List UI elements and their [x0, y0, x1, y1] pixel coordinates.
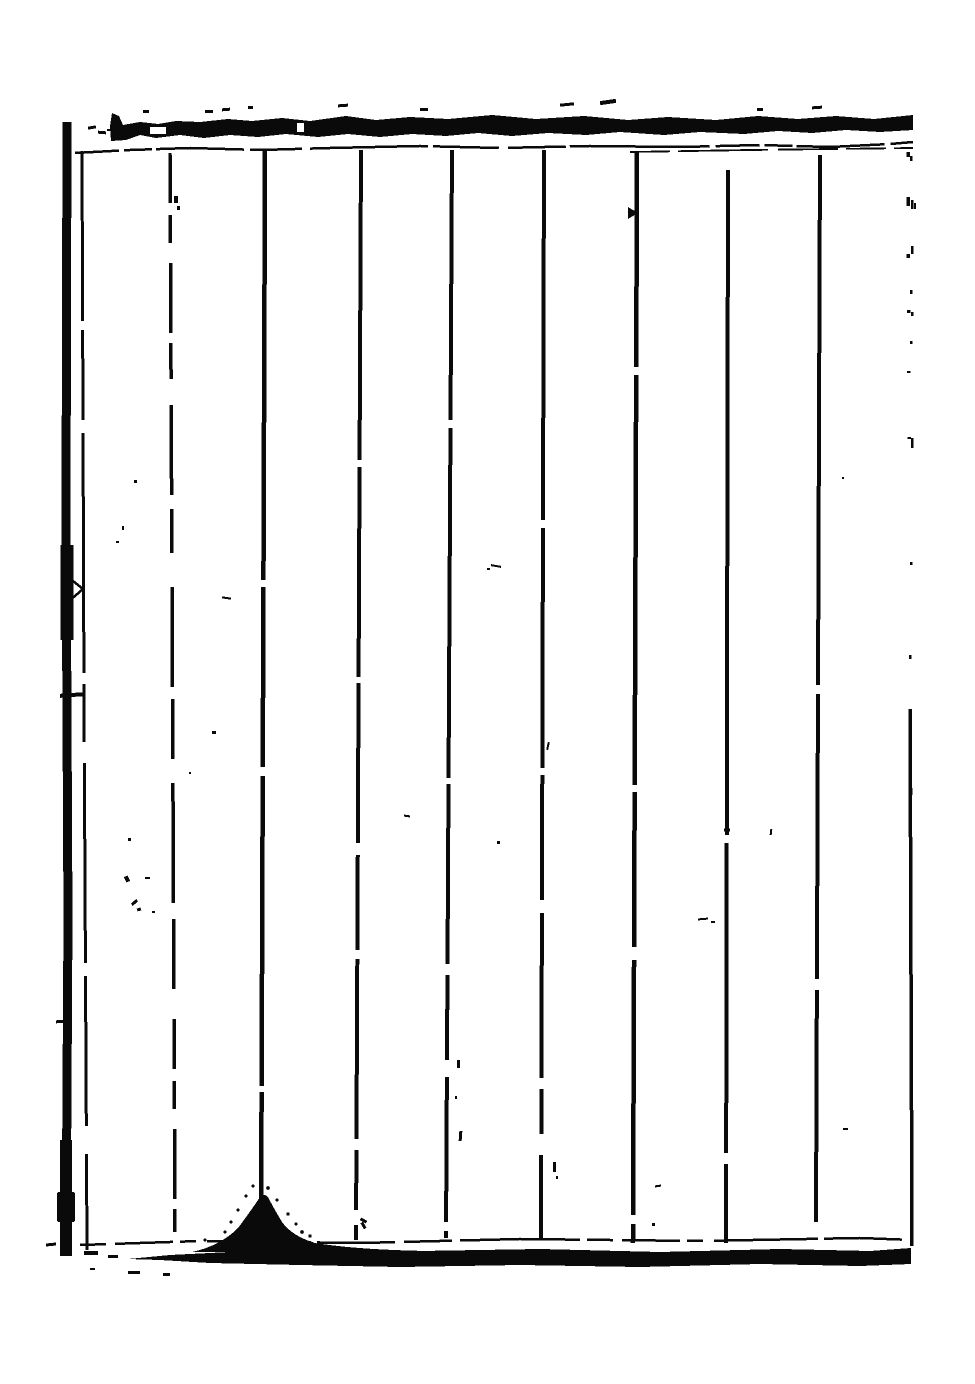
column-grid: [170, 150, 912, 1252]
ink-speck: [655, 1185, 661, 1188]
top-bar-gap: [150, 127, 166, 134]
column-rule-line: [541, 150, 544, 1243]
margin-tick-mark: [911, 438, 914, 448]
ink-speck: [145, 877, 150, 879]
ink-speck: [222, 596, 231, 599]
margin-tick-mark: [910, 562, 913, 565]
spray-dot: [224, 1231, 227, 1234]
ink-speck: [455, 1096, 457, 1099]
margin-tick-mark: [910, 290, 913, 294]
page-scan: [0, 0, 975, 1384]
column-rule-line: [261, 150, 265, 1252]
column-rule-line: [908, 152, 912, 1246]
ink-speck: [137, 908, 142, 912]
left-edge-blob: [57, 1192, 75, 1222]
margin-tick-mark: [909, 655, 912, 659]
ink-speck: [560, 102, 574, 106]
spray-dot: [294, 1222, 297, 1225]
ink-speck: [177, 206, 180, 210]
ink-speck: [128, 838, 131, 841]
ink-speck: [174, 196, 178, 203]
ink-speck: [553, 1162, 556, 1172]
ink-speck: [404, 815, 410, 818]
column-rule-line: [446, 150, 452, 1238]
margin-tick-mark: [910, 156, 913, 161]
spray-dot: [266, 1186, 270, 1190]
column-rule-line: [726, 170, 728, 1243]
margin-tick-mark: [911, 200, 914, 209]
ink-speck: [652, 1223, 655, 1226]
column-rule-line: [633, 152, 637, 1243]
ink-speck: [122, 526, 124, 530]
ink-speck: [84, 1251, 98, 1255]
ink-speck: [116, 541, 119, 543]
ink-speck: [546, 742, 550, 750]
ink-speck: [497, 841, 500, 844]
scanned-book-page: [0, 0, 975, 1384]
ink-speck: [600, 99, 616, 105]
ink-speck: [131, 899, 138, 906]
ink-speck: [90, 1268, 95, 1270]
ink-speck: [843, 1128, 848, 1130]
spray-dot: [236, 1208, 239, 1211]
column-rule-line: [356, 150, 361, 1240]
top-bar-gap: [297, 123, 304, 132]
ink-speck: [812, 106, 822, 110]
top-rule-line: [75, 142, 913, 153]
ink-speck: [491, 564, 501, 568]
ink-speck: [46, 1242, 56, 1246]
ink-speck: [205, 110, 213, 113]
ink-speck: [842, 477, 844, 479]
ink-speck: [124, 875, 130, 882]
top-border-bar: [110, 113, 913, 141]
spray-dot: [286, 1212, 289, 1215]
ink-speck: [107, 129, 111, 131]
margin-tick-mark: [914, 203, 916, 209]
margin-tick-mark: [911, 246, 914, 254]
margin-tick-mark: [910, 341, 913, 344]
ink-speck: [711, 921, 715, 923]
spray-dot: [230, 1221, 233, 1224]
spray-dot: [245, 1195, 248, 1198]
margin-tick-mark: [911, 312, 914, 316]
ink-speck: [459, 1131, 463, 1141]
ink-speck: [248, 106, 253, 109]
ink-speck: [338, 104, 348, 108]
top-rule-line-echo: [630, 148, 913, 152]
ink-speck: [556, 1176, 558, 1179]
spray-dot: [204, 1239, 207, 1242]
spray-dot: [251, 1184, 254, 1187]
margin-tick-mark: [910, 788, 913, 795]
ink-speck: [189, 772, 191, 774]
ink-speck: [757, 108, 763, 111]
column-rule-line: [816, 155, 820, 1222]
left-inner-rule: [82, 151, 87, 1250]
spray-dot: [275, 1198, 278, 1201]
ink-speck: [487, 568, 490, 570]
ink-speck: [98, 131, 106, 135]
ink-speck: [128, 1271, 140, 1274]
ink-speck: [143, 110, 149, 113]
ink-speck: [770, 829, 773, 835]
ink-speck: [134, 480, 137, 483]
ink-speck: [163, 1273, 170, 1276]
ink-blob: [192, 1195, 430, 1252]
right-margin-ticks: [909, 156, 916, 795]
ink-speck: [457, 1060, 460, 1068]
ink-speck: [152, 911, 155, 913]
spray-dot: [308, 1234, 311, 1237]
page-frame: [57, 113, 913, 1267]
ink-speck: [56, 1020, 68, 1024]
ink-speck: [88, 125, 96, 129]
spray-dot: [260, 1180, 263, 1183]
spray-dot: [300, 1230, 304, 1234]
ink-speck: [108, 1255, 118, 1258]
ink-speck: [420, 108, 428, 111]
left-border-rule: [66, 122, 68, 1256]
ink-speck: [698, 918, 708, 921]
column-rule-line: [170, 153, 175, 1232]
ink-speck: [212, 731, 216, 734]
ink-speck: [222, 108, 230, 112]
